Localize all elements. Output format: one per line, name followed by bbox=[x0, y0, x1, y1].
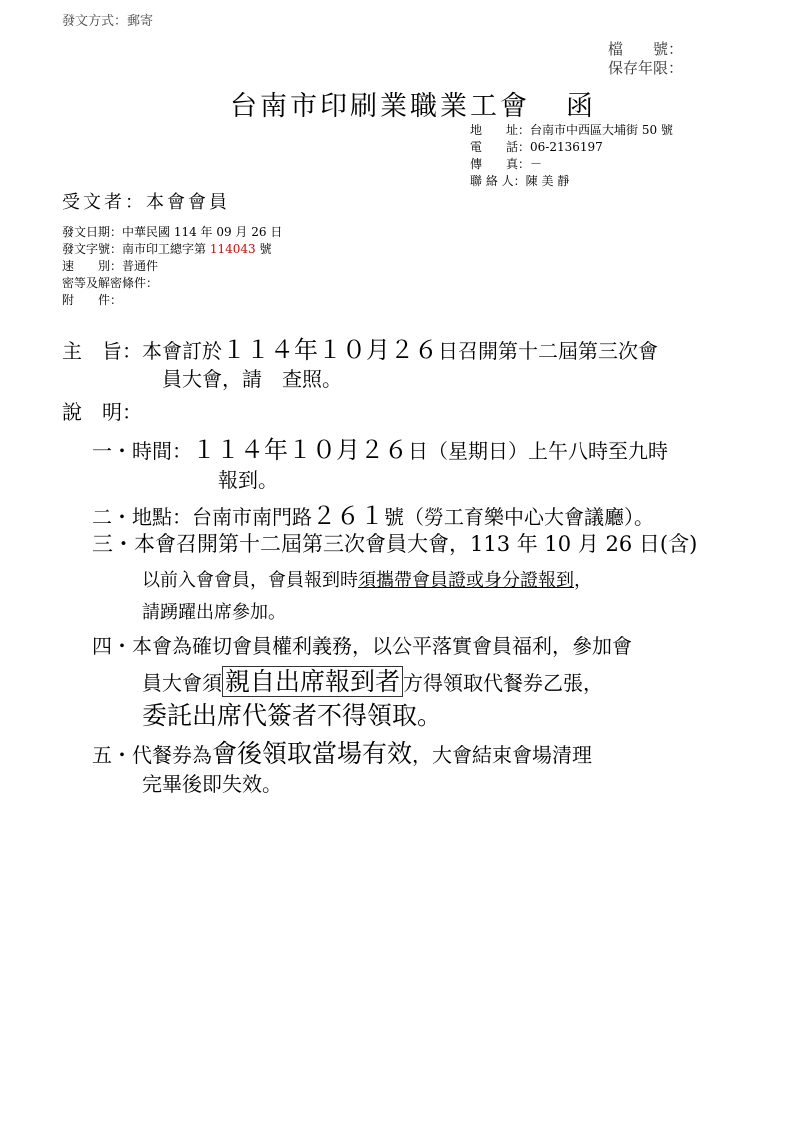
doc-type: 函 bbox=[566, 91, 596, 122]
attachment: 附 件： bbox=[62, 292, 282, 309]
text: １１４年１０月２６ bbox=[192, 436, 408, 464]
contact-value: ：06-2136197 bbox=[518, 139, 603, 156]
meta-block: 發文日期：中華民國 114 年 09 月 26 日 發文字號：南市印工總字第 1… bbox=[62, 224, 282, 309]
item-1-line-2: 報到。 bbox=[218, 464, 278, 493]
contact-value: ：台南市中西區大埔街 50 號 bbox=[518, 122, 673, 139]
item-4-line-1: 四・本會為確切會員權利義務，以公平落實會員福利，參加會 bbox=[92, 630, 632, 659]
retention-label: 保存年限： bbox=[608, 59, 683, 78]
document-title: 台南市印刷業職業工會函 bbox=[230, 84, 596, 123]
text: 五・代餐券為 bbox=[92, 743, 212, 767]
speed: 速 別：普通件 bbox=[62, 258, 282, 275]
text: 方得領取代餐券乙張， bbox=[403, 671, 603, 695]
item-5-line-1: 五・代餐券為會後領取當場有效，大會結束會場清理 bbox=[92, 734, 592, 770]
doc-number-suffix: 號 bbox=[256, 242, 272, 256]
file-info: 檔 號： 保存年限： bbox=[608, 40, 683, 78]
item-4-line-3: 委託出席代簽者不得領取。 bbox=[142, 696, 442, 732]
org-name: 台南市印刷業職業工會 bbox=[230, 91, 530, 122]
text: 日召開第十二屆第三次會 bbox=[438, 339, 658, 363]
text: ，大會結束會場清理 bbox=[412, 743, 592, 767]
boxed-in-person: 親自出席報到者 bbox=[222, 666, 403, 697]
file-number-label: 檔 號： bbox=[608, 40, 683, 59]
text: 二・地點：台南市南門路 bbox=[92, 505, 312, 529]
item-4-line-2: 員大會須親自出席報到者方得領取代餐券乙張， bbox=[142, 662, 603, 698]
contact-label: 電 話 bbox=[470, 139, 518, 156]
text: 員大會須 bbox=[142, 671, 222, 695]
text: 以前入會會員，會員報到時 bbox=[142, 570, 358, 591]
contact-fax: 傳 真：－ bbox=[470, 156, 673, 173]
contact-block: 地 址：台南市中西區大埔街 50 號 電 話：06-2136197 傳 真：－ … bbox=[470, 122, 673, 190]
recipient: 受文者：本會會員 bbox=[62, 188, 230, 214]
item-3-line-2: 以前入會會員，會員報到時須攜帶會員證或身分證報到， bbox=[142, 566, 592, 592]
contact-value: ：－ bbox=[518, 156, 542, 173]
subject-line-1: 主 旨：本會訂於１１４年１０月２６日召開第十二屆第三次會 bbox=[62, 330, 658, 365]
contact-label: 聯 絡 人 bbox=[470, 173, 514, 190]
issue-date: 發文日期：中華民國 114 年 09 月 26 日 bbox=[62, 224, 282, 241]
underlined-requirement: 須攜帶會員證或身分證報到 bbox=[358, 570, 574, 591]
text: 本會訂於 bbox=[142, 339, 222, 363]
item-5-line-2: 完畢後即失效。 bbox=[142, 768, 282, 797]
text: ２６１ bbox=[312, 502, 384, 530]
text: 一・時間： bbox=[92, 439, 192, 463]
contact-label: 地 址 bbox=[470, 122, 518, 139]
contact-person: 聯 絡 人：陳 美 靜 bbox=[470, 173, 673, 190]
contact-phone: 電 話：06-2136197 bbox=[470, 139, 673, 156]
text: １１４年１０月２６ bbox=[222, 336, 438, 364]
text: 號（勞工育樂中心大會議廳）。 bbox=[384, 505, 654, 529]
text: 日（星期日）上午八時至九時 bbox=[408, 439, 668, 463]
text: ， bbox=[574, 570, 592, 591]
explain-label: 說 明： bbox=[62, 396, 142, 425]
classification: 密等及解密條件： bbox=[62, 275, 282, 292]
contact-address: 地 址：台南市中西區大埔街 50 號 bbox=[470, 122, 673, 139]
item-2: 二・地點：台南市南門路２６１號（勞工育樂中心大會議廳）。 bbox=[92, 496, 654, 531]
contact-label: 傳 真 bbox=[470, 156, 518, 173]
doc-number-prefix: 發文字號：南市印工總字第 bbox=[62, 242, 210, 256]
text: 會後領取當場有效 bbox=[212, 739, 412, 768]
item-3-line-3: 請踴躍出席參加。 bbox=[142, 598, 286, 624]
item-3-line-1: 三・本會召開第十二屆第三次會員大會，113 年 10 月 26 日(含) bbox=[92, 528, 697, 558]
subject-line-2: 員大會，請 查照。 bbox=[162, 363, 342, 392]
send-method: 發文方式：郵寄 bbox=[62, 10, 153, 29]
item-1-line-1: 一・時間：１１４年１０月２６日（星期日）上午八時至九時 bbox=[92, 430, 668, 465]
doc-number: 發文字號：南市印工總字第 114043 號 bbox=[62, 241, 282, 258]
doc-number-value: 114043 bbox=[210, 242, 256, 256]
contact-value: ：陳 美 靜 bbox=[514, 173, 570, 190]
subject-label: 主 旨： bbox=[62, 339, 142, 363]
